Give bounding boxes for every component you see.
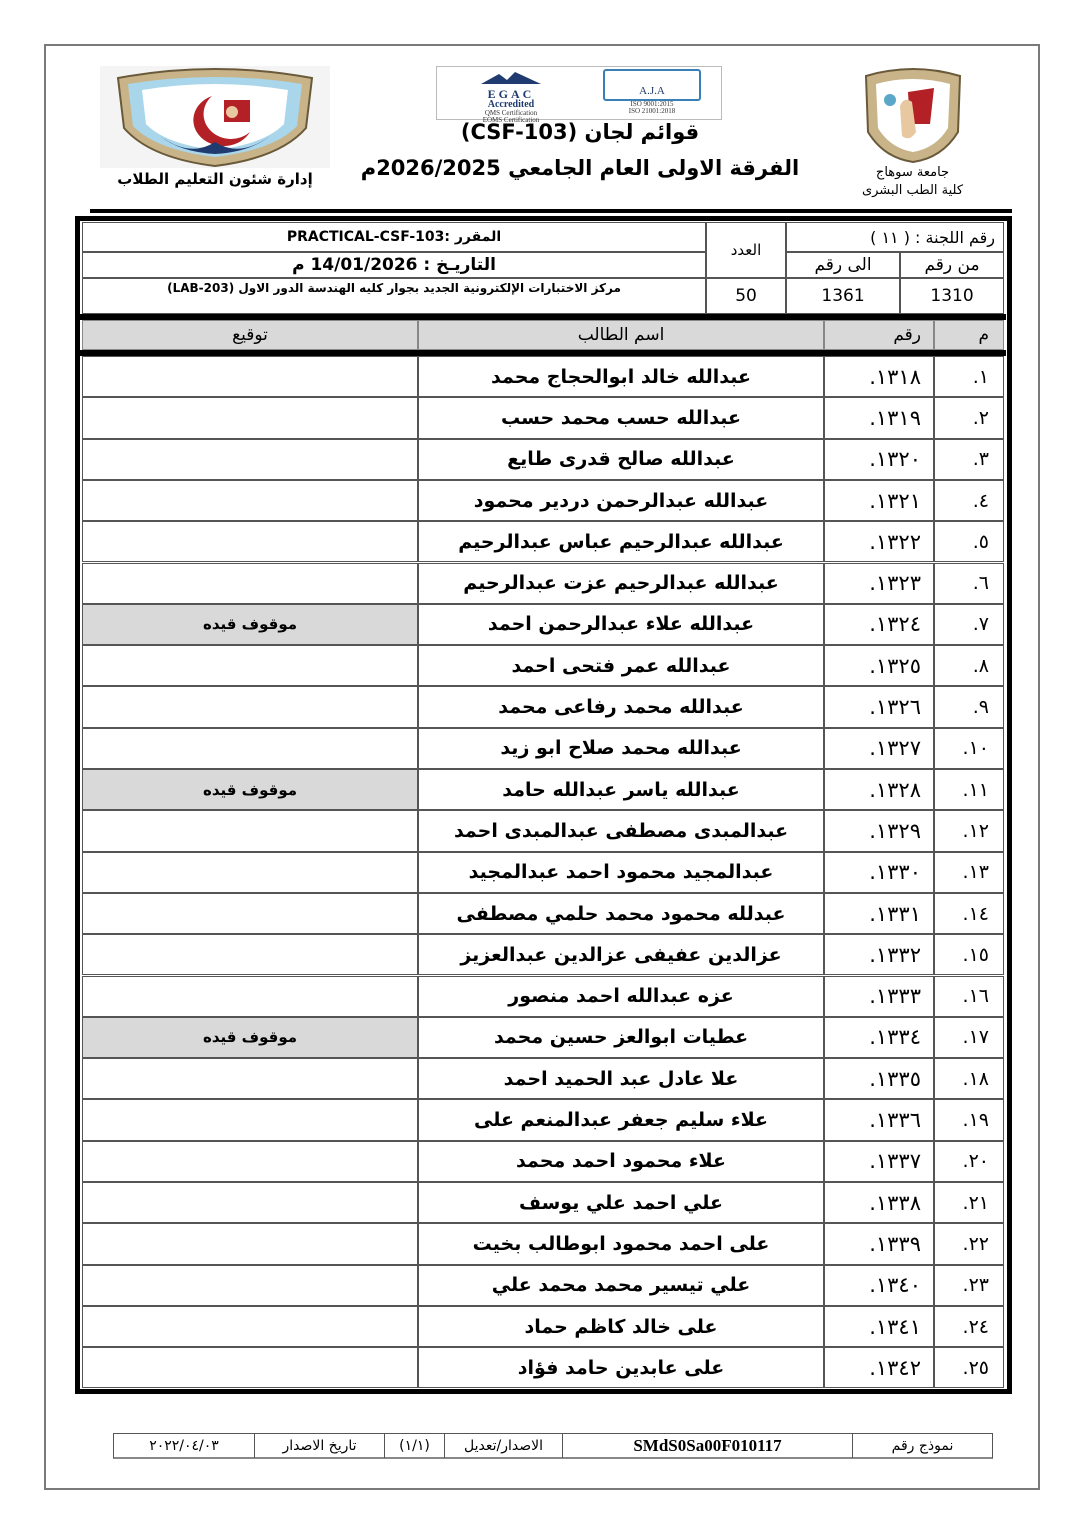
signature-cell[interactable] xyxy=(82,1182,418,1223)
table-row: ١.١٣١٨.عبدالله خالد ابوالحجاج محمد xyxy=(82,356,1004,397)
row-number: ١٣٣٠. xyxy=(824,852,934,893)
student-name: عبدالله عبدالرحمن دردير محمود xyxy=(418,480,824,521)
row-number: ١٣٤٠. xyxy=(824,1265,934,1306)
row-number: ١٣٣١. xyxy=(824,893,934,934)
form-number-value: SMdS0Sa00F010117 xyxy=(562,1434,852,1458)
signature-cell[interactable] xyxy=(82,976,418,1017)
student-name: على خالد كاظم حماد xyxy=(418,1306,824,1347)
signature-cell[interactable] xyxy=(82,397,418,438)
row-index: ١٨. xyxy=(934,1058,1004,1099)
table-row: ١٥.١٣٣٢.عزالدين عفيفى عزالدين عبدالعزيز xyxy=(82,934,1004,975)
table-row: ١٨.١٣٣٥.علا عادل عبد الحميد احمد xyxy=(82,1058,1004,1099)
row-number: ١٣٤٢. xyxy=(824,1347,934,1388)
enrollment-suspended-badge[interactable]: موقوف قيده xyxy=(82,604,418,645)
row-number: ١٣٤١. xyxy=(824,1306,934,1347)
certification-logos: EGAC Accredited QMS Certification EOMS C… xyxy=(436,66,722,120)
committee-cell: رقم اللجنة : ( ١١ ) xyxy=(786,222,1004,252)
header-index: م xyxy=(934,320,1004,350)
student-name: علاء سليم جعفر عبدالمنعم على xyxy=(418,1099,824,1140)
table-row: ٢٤.١٣٤١.على خالد كاظم حماد xyxy=(82,1306,1004,1347)
revision-label: الاصدار/تعديل xyxy=(444,1434,562,1458)
student-name: على عابدين حامد فؤاد xyxy=(418,1347,824,1388)
signature-cell[interactable] xyxy=(82,563,418,604)
student-name: عبدالمجيد محمود احمد عبدالمجيد xyxy=(418,852,824,893)
student-name: عبدالله خالد ابوالحجاج محمد xyxy=(418,356,824,397)
header-divider xyxy=(90,209,1012,213)
student-name: عبدالله صالح قدرى طايع xyxy=(418,439,824,480)
row-index: ١٧. xyxy=(934,1017,1004,1058)
signature-cell[interactable] xyxy=(82,1058,418,1099)
enrollment-suspended-badge[interactable]: موقوف قيده xyxy=(82,769,418,810)
row-index: ٢٢. xyxy=(934,1223,1004,1264)
signature-cell[interactable] xyxy=(82,1347,418,1388)
row-index: ٩. xyxy=(934,686,1004,727)
date-cell: التاريـخ : 14/01/2026 م xyxy=(82,252,706,278)
department-label: إدارة شئون التعليم الطلاب xyxy=(100,170,330,188)
signature-cell[interactable] xyxy=(82,1223,418,1264)
table-row: ٤.١٣٢١.عبدالله عبدالرحمن دردير محمود xyxy=(82,480,1004,521)
signature-cell[interactable] xyxy=(82,521,418,562)
exam-info-table: المقرر :PRACTICAL-CSF-103 التاريـخ : 14/… xyxy=(82,222,1004,314)
student-name: عبدالله عبدالرحيم عباس عبدالرحيم xyxy=(418,521,824,562)
row-number: ١٣٢٩. xyxy=(824,810,934,851)
document-subtitle: الفرقة الاولى العام الجامعي 2026/2025م xyxy=(340,156,820,180)
table-row: ٨.١٣٢٥.عبدالله عمر فتحى احمد xyxy=(82,645,1004,686)
row-index: ٧. xyxy=(934,604,1004,645)
row-index: ١٣. xyxy=(934,852,1004,893)
table-row: ٢.١٣١٩.عبدالله حسب محمد حسب xyxy=(82,397,1004,438)
student-name: علا عادل عبد الحميد احمد xyxy=(418,1058,824,1099)
row-number: ١٣٢٦. xyxy=(824,686,934,727)
student-name: عبدالله عمر فتحى احمد xyxy=(418,645,824,686)
table-row: ١٦.١٣٣٣.عزه عبدالله احمد منصور xyxy=(82,976,1004,1017)
row-index: ١٠. xyxy=(934,728,1004,769)
document-title: قوائم لجان (CSF-103) xyxy=(380,120,780,144)
table-row: ١٢.١٣٢٩.عبدالمبدى مصطفى عبدالمبدى احمد xyxy=(82,810,1004,851)
row-number: ١٣٢٨. xyxy=(824,769,934,810)
row-index: ١٤. xyxy=(934,893,1004,934)
table-row: ٥.١٣٢٢.عبدالله عبدالرحيم عباس عبدالرحيم xyxy=(82,521,1004,562)
signature-cell[interactable] xyxy=(82,852,418,893)
row-index: ٢١. xyxy=(934,1182,1004,1223)
faculty-of-medicine-logo xyxy=(100,66,330,168)
header-signature: توقيع xyxy=(82,320,418,350)
signature-cell[interactable] xyxy=(82,1141,418,1182)
row-index: ١٥. xyxy=(934,934,1004,975)
signature-cell[interactable] xyxy=(82,686,418,727)
table-row: ٧.١٣٢٤.عبدالله علاء عبدالرحمن احمدموقوف … xyxy=(82,604,1004,645)
row-number: ١٣٣٣. xyxy=(824,976,934,1017)
signature-cell[interactable] xyxy=(82,1306,418,1347)
table-row: ١١.١٣٢٨.عبدالله ياسر عبدالله حامدموقوف ق… xyxy=(82,769,1004,810)
row-index: ١. xyxy=(934,356,1004,397)
row-number: ١٣٣٢. xyxy=(824,934,934,975)
table-row: ١٩.١٣٣٦.علاء سليم جعفر عبدالمنعم على xyxy=(82,1099,1004,1140)
row-index: ١٢. xyxy=(934,810,1004,851)
count-value-cell: 50 xyxy=(706,278,786,314)
row-number: ١٣٢٠. xyxy=(824,439,934,480)
table-row: ٢١.١٣٣٨.علي احمد علي يوسف xyxy=(82,1182,1004,1223)
student-name: على احمد محمود ابوطالب بخيت xyxy=(418,1223,824,1264)
row-index: ٣. xyxy=(934,439,1004,480)
table-row: ١٤.١٣٣١.عبدلله محمود محمد حلمي مصطفى xyxy=(82,893,1004,934)
row-number: ١٣٣٥. xyxy=(824,1058,934,1099)
row-index: ٥. xyxy=(934,521,1004,562)
aja-certification-logo: A.J.A ISO 9001:2015 ISO 21001:2018 xyxy=(587,69,717,117)
row-number: ١٣٢٤. xyxy=(824,604,934,645)
student-name: عطيات ابوالعز حسين محمد xyxy=(418,1017,824,1058)
enrollment-suspended-badge[interactable]: موقوف قيده xyxy=(82,1017,418,1058)
row-index: ٢. xyxy=(934,397,1004,438)
issue-date-value: ٢٠٢٢/٠٤/٠٣ xyxy=(114,1434,254,1458)
row-index: ١٦. xyxy=(934,976,1004,1017)
student-name: عبدالمبدى مصطفى عبدالمبدى احمد xyxy=(418,810,824,851)
student-name: عزه عبدالله احمد منصور xyxy=(418,976,824,1017)
row-index: ٨. xyxy=(934,645,1004,686)
header-name: اسم الطالب xyxy=(418,320,824,350)
row-number: ١٣٢٥. xyxy=(824,645,934,686)
count-label-cell: العدد xyxy=(706,222,786,278)
revision-value: (١/١) xyxy=(384,1434,444,1458)
row-index: ٢٣. xyxy=(934,1265,1004,1306)
student-name: علي احمد علي يوسف xyxy=(418,1182,824,1223)
table-row: ٢٢.١٣٣٩.على احمد محمود ابوطالب بخيت xyxy=(82,1223,1004,1264)
student-name: عبدالله ياسر عبدالله حامد xyxy=(418,769,824,810)
signature-cell[interactable] xyxy=(82,1265,418,1306)
row-number: ١٣١٩. xyxy=(824,397,934,438)
egac-accreditation-logo: EGAC Accredited QMS Certification EOMS C… xyxy=(441,69,581,117)
row-number: ١٣٢٣. xyxy=(824,563,934,604)
table-row: ٩.١٣٢٦.عبدالله محمد رفاعى محمد xyxy=(82,686,1004,727)
student-name: عبدالله حسب محمد حسب xyxy=(418,397,824,438)
course-cell: المقرر :PRACTICAL-CSF-103 xyxy=(82,222,706,252)
row-index: ١٩. xyxy=(934,1099,1004,1140)
student-name: عبدالله عبدالرحيم عزت عبدالرحيم xyxy=(418,563,824,604)
row-number: ١٣٣٦. xyxy=(824,1099,934,1140)
issue-date-label: تاريخ الاصدار xyxy=(254,1434,384,1458)
row-index: ٢٥. xyxy=(934,1347,1004,1388)
student-name: علي تيسير محمد محمد علي xyxy=(418,1265,824,1306)
to-value-cell: 1361 xyxy=(786,278,900,314)
location-cell: مركز الاختبارات الإلكترونية الجديد بجوار… xyxy=(82,278,706,314)
row-number: ١٣٢٧. xyxy=(824,728,934,769)
table-row: ١٣.١٣٣٠.عبدالمجيد محمود احمد عبدالمجيد xyxy=(82,852,1004,893)
student-name: عبدالله محمد رفاعى محمد xyxy=(418,686,824,727)
sohag-university-logo xyxy=(858,66,968,164)
signature-cell[interactable] xyxy=(82,439,418,480)
mountain-icon xyxy=(481,72,541,84)
row-number: ١٣٣٨. xyxy=(824,1182,934,1223)
row-number: ١٣٣٩. xyxy=(824,1223,934,1264)
header-number: رقم xyxy=(824,320,934,350)
table-row: ١٠.١٣٢٧.عبدالله محمد صلاح ابو زيد xyxy=(82,728,1004,769)
row-index: ٢٤. xyxy=(934,1306,1004,1347)
row-index: ٤. xyxy=(934,480,1004,521)
row-index: ٦. xyxy=(934,563,1004,604)
table-row: ١٧.١٣٣٤.عطيات ابوالعز حسين محمدموقوف قيد… xyxy=(82,1017,1004,1058)
to-label-cell: الى رقم xyxy=(786,252,900,278)
student-name: علاء محمود احمد محمد xyxy=(418,1141,824,1182)
signature-cell[interactable] xyxy=(82,645,418,686)
row-number: ١٣٢٢. xyxy=(824,521,934,562)
from-value-cell: 1310 xyxy=(900,278,1004,314)
table-header: م رقم اسم الطالب توقيع xyxy=(82,320,1004,350)
row-index: ٢٠. xyxy=(934,1141,1004,1182)
signature-cell[interactable] xyxy=(82,480,418,521)
row-number: ١٣١٨. xyxy=(824,356,934,397)
university-label: جامعة سوهاج كلية الطب البشرى xyxy=(840,164,985,200)
row-index: ١١. xyxy=(934,769,1004,810)
signature-cell[interactable] xyxy=(82,356,418,397)
student-name: عزالدين عفيفى عزالدين عبدالعزيز xyxy=(418,934,824,975)
form-footer: نموذج رقم SMdS0Sa00F010117 الاصدار/تعديل… xyxy=(113,1433,993,1459)
table-row: ٣.١٣٢٠.عبدالله صالح قدرى طايع xyxy=(82,439,1004,480)
signature-cell[interactable] xyxy=(82,728,418,769)
student-name: عبدلله محمود محمد حلمي مصطفى xyxy=(418,893,824,934)
student-name: عبدالله محمد صلاح ابو زيد xyxy=(418,728,824,769)
table-row: ٢٠.١٣٣٧.علاء محمود احمد محمد xyxy=(82,1141,1004,1182)
student-name: عبدالله علاء عبدالرحمن احمد xyxy=(418,604,824,645)
from-label-cell: من رقم xyxy=(900,252,1004,278)
row-number: ١٣٣٤. xyxy=(824,1017,934,1058)
row-number: ١٣٢١. xyxy=(824,480,934,521)
signature-cell[interactable] xyxy=(82,1099,418,1140)
row-number: ١٣٣٧. xyxy=(824,1141,934,1182)
table-row: ٢٣.١٣٤٠.علي تيسير محمد محمد علي xyxy=(82,1265,1004,1306)
signature-cell[interactable] xyxy=(82,893,418,934)
globe-icon: A.J.A xyxy=(603,69,701,101)
table-row: ٢٥.١٣٤٢.على عابدين حامد فؤاد xyxy=(82,1347,1004,1388)
signature-cell[interactable] xyxy=(82,810,418,851)
signature-cell[interactable] xyxy=(82,934,418,975)
table-row: ٦.١٣٢٣.عبدالله عبدالرحيم عزت عبدالرحيم xyxy=(82,563,1004,604)
form-number-label: نموذج رقم xyxy=(852,1434,992,1458)
